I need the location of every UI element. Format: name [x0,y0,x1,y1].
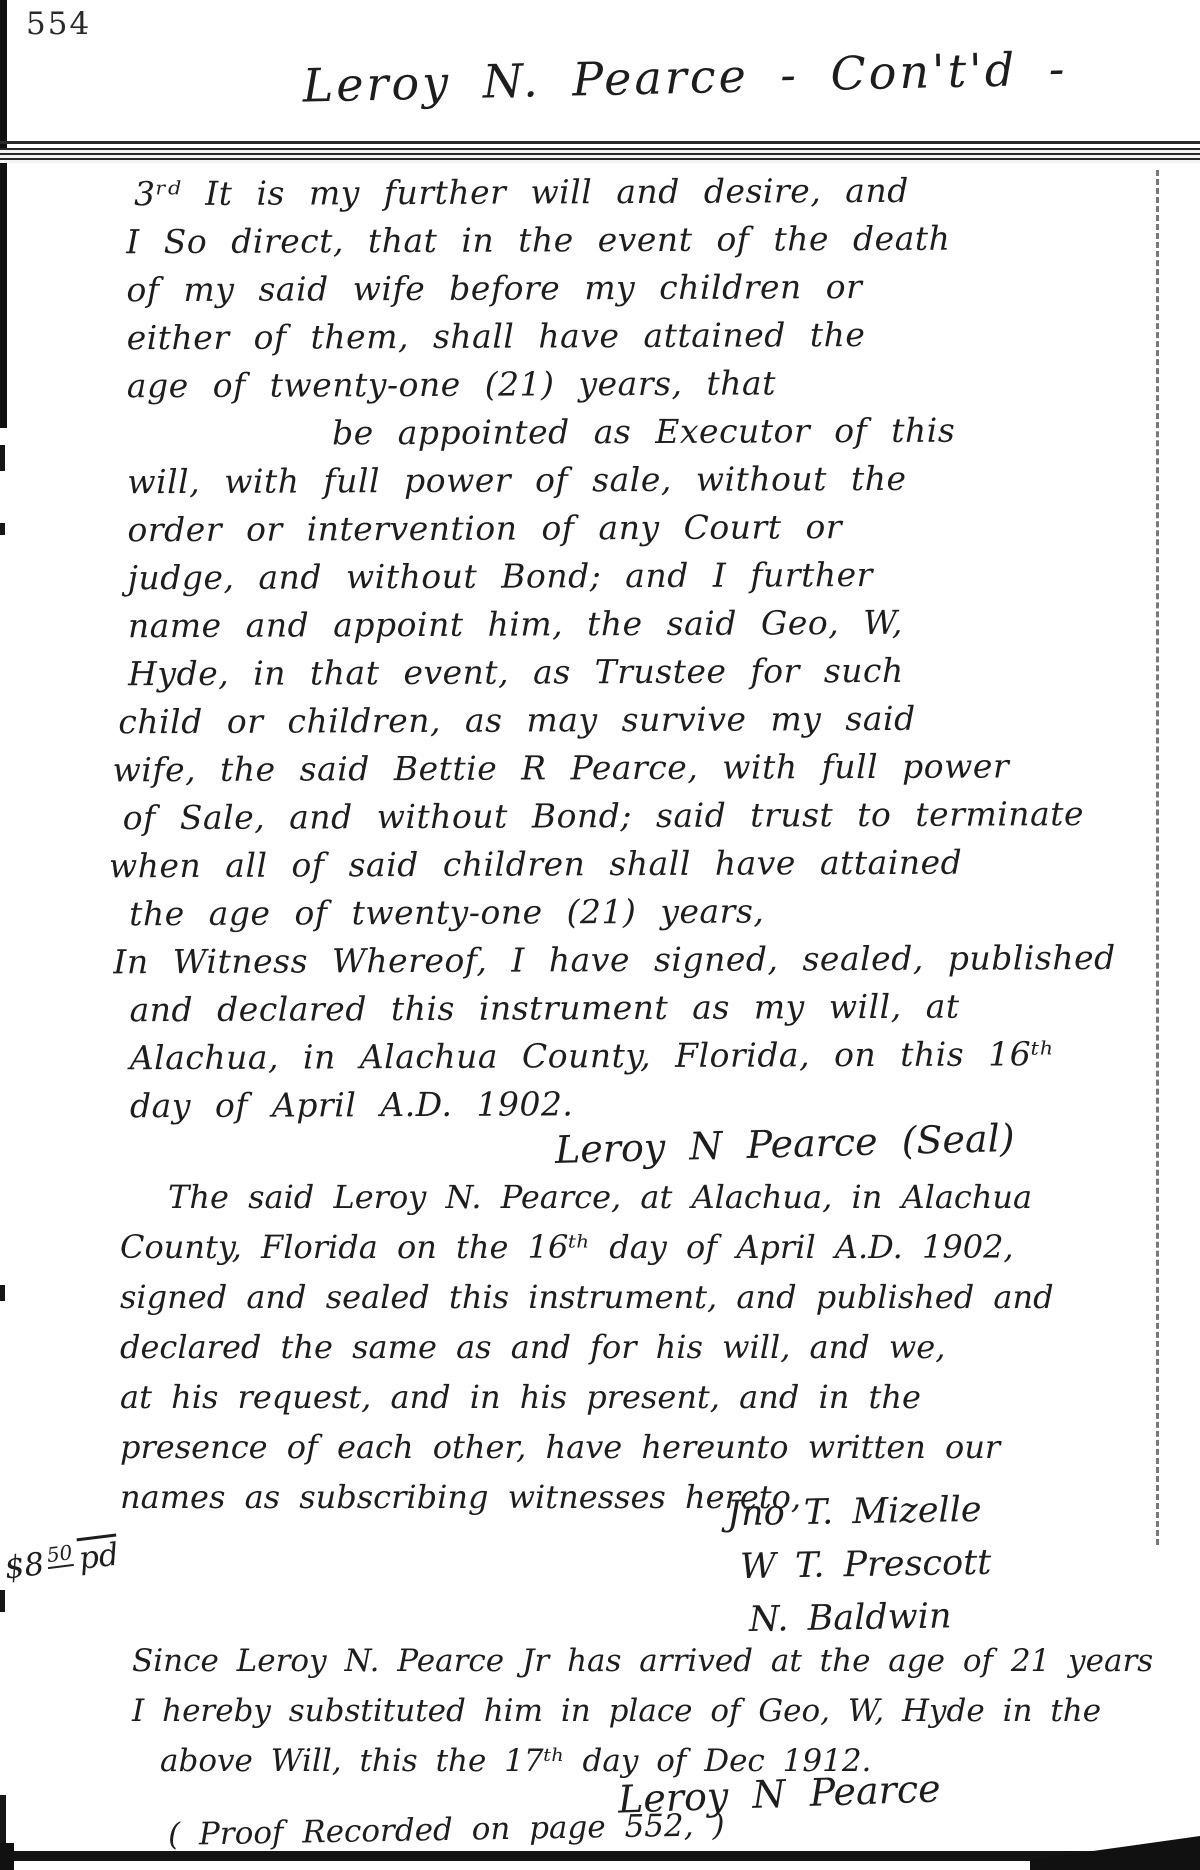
will-line: when all of said children shall have att… [109,838,1164,891]
header-rule [0,141,1200,144]
fee-cents: 50 [45,1540,73,1569]
fee-note: $850pd [2,1528,175,1587]
will-line: wife, the said Bettie R Pearce, with ful… [112,742,1163,795]
codicil-line: Since Leroy N. Pearce Jr has arrived at … [132,1636,1172,1686]
witness-signature: Jno T. Mizelle [727,1484,991,1542]
bottom-scan-edge [0,1851,1200,1861]
attestation-line: at his request, and in his present, and … [120,1372,1165,1422]
will-line: In Witness Whereof, I have signed, seale… [113,934,1164,987]
witness-signatures: Jno T. Mizelle W T. Prescott N. Baldwin [727,1484,993,1648]
bottom-left-scan-nub [0,1843,14,1870]
scan-artifact [0,445,5,471]
header-rule-band [0,148,1200,163]
will-line: name and appoint him, the said Geo, W, [128,598,1163,651]
fee-amount: $8 [3,1546,47,1587]
will-line: the age of twenty-one (21) years, [129,886,1164,939]
will-line: be appointed as Executor of this [332,406,1162,458]
page-title: Leroy N. Pearce - Con't'd - [264,40,1105,113]
attestation-line: presence of each other, have hereunto wr… [120,1422,1165,1472]
page-number: 554 [26,6,91,42]
scan-artifact [0,523,5,535]
will-line: will, with full power of sale, without t… [127,454,1162,507]
fee-paid-label: pd [77,1537,121,1578]
attestation-line: County, Florida on the 16ᵗʰ day of April… [120,1222,1165,1272]
will-line: I So direct, that in the event of the de… [126,214,1161,267]
attestation-line: declared the same as and for his will, a… [120,1322,1165,1372]
codicil-line: I hereby substituted him in place of Geo… [132,1686,1172,1736]
attestation-line: names as subscribing witnesses hereto, [120,1472,1165,1522]
will-line: order or intervention of any Court or [127,502,1162,555]
will-line: 3ʳᵈ It is my further will and desire, an… [134,166,1161,218]
codicil-note: Since Leroy N. Pearce Jr has arrived at … [132,1636,1172,1786]
scan-artifact [0,1590,5,1612]
will-line: child or children, as may survive my sai… [118,694,1163,747]
will-line: age of twenty-one (21) years, that [127,358,1162,411]
will-line: of my said wife before my children or [126,262,1161,315]
will-line: judge, and without Bond; and I further [128,550,1163,603]
will-line: Hyde, in that event, as Trustee for such [128,646,1163,699]
will-line: and declared this instrument as my will,… [129,982,1164,1035]
will-line: Alachua, in Alachua County, Florida, on … [130,1030,1165,1083]
attestation-clause: The said Leroy N. Pearce, at Alachua, in… [120,1172,1165,1522]
witness-signature: W T. Prescott [740,1537,992,1594]
left-scan-edge [0,0,7,428]
attestation-line: The said Leroy N. Pearce, at Alachua, in… [168,1172,1165,1222]
proof-recorded-note: ( Proof Recorded on page 552, ) [168,1807,725,1853]
will-clause-third: 3ʳᵈ It is my further will and desire, an… [126,166,1165,1131]
attestation-line: signed and sealed this instrument, and p… [120,1272,1165,1322]
will-record-page: 554 Leroy N. Pearce - Con't'd - 3ʳᵈ It i… [0,0,1200,1870]
will-line: of Sale, and without Bond; said trust to… [123,790,1164,843]
will-line: either of them, shall have attained the [127,310,1162,363]
scan-artifact [0,1285,5,1301]
